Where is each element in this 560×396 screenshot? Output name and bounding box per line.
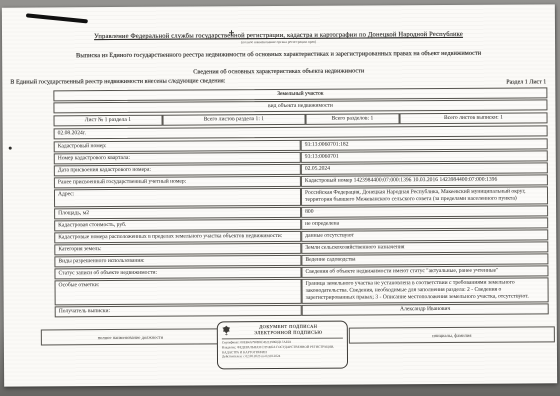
attributes-table: Кадастровый номер:93:13:0060701:182 Номе… [54, 137, 549, 318]
row-value: данные отсутствуют [301, 229, 548, 241]
signature-block: полное наименование должности инициалы, … [41, 326, 553, 343]
row-value: Сведения об объекте недвижимости имеют с… [301, 265, 548, 277]
row-label: Виды разрешенного использования: [54, 255, 301, 267]
row-value: Земли сельскохозяйственного назначения [301, 241, 548, 253]
intro-line: В Единый государственный реестр недвижим… [10, 77, 225, 85]
main-table-area: Земельный участок вид объекта недвижимос… [53, 86, 548, 318]
sheet-info-cell: Всего листов раздела 1: 1 [162, 114, 305, 126]
dot-scan-mark [9, 147, 12, 150]
object-type-table: Земельный участок вид объекта недвижимос… [53, 86, 547, 114]
row-label: Кадастровый номер: [54, 140, 301, 152]
row-value: Граница земельного участка не установлен… [302, 277, 549, 303]
row-label: Площадь, м2 [54, 207, 301, 219]
row-value: Кадастровый номер 1423984400:07:000:1396… [301, 174, 548, 186]
row-label: Статус записи об объекте недвижимости: [54, 267, 301, 279]
row-value: 93:13:0060701 [301, 150, 548, 162]
row-label: Дата присвоения кадастрового номера: [54, 164, 301, 176]
row-value: 93:13:0060701:182 [301, 138, 548, 150]
section-page-number: Раздел 1 Лист 1 [506, 79, 546, 85]
row-label: Адрес: [54, 188, 301, 207]
table-row: Получатель выписки:Александр Иванович [55, 303, 549, 317]
row-value: Российская Федерация, Донецкая Народная … [301, 186, 548, 205]
row-label: Категория земель: [54, 243, 301, 255]
row-label: Кадастровые номера расположенных в преде… [54, 231, 301, 243]
row-value: 02.05.2024 [301, 162, 548, 174]
name-label-cell: инициалы, фамилия [349, 326, 555, 343]
row-label: Номер кадастрового квартала: [54, 152, 301, 164]
row-value: Александр Иванович [302, 303, 549, 315]
row-value: 800 [301, 205, 548, 217]
row-label: Особые отметки: [55, 279, 302, 305]
sheet-info-cell: Всего разделов: 1 [305, 113, 399, 125]
row-value: Ведение садоводства [301, 253, 548, 265]
row-label: Кадастровая стоимость, руб. [54, 219, 301, 231]
pen-mark [26, 13, 88, 23]
position-label-cell: полное наименование должности [41, 328, 220, 345]
row-label: Ранее присвоенный государственный учетны… [54, 176, 301, 188]
row-label: Получатель выписки: [55, 305, 302, 317]
scanned-document-page: Управление Федеральной службы государств… [2, 4, 557, 386]
row-value: не определена [301, 217, 548, 229]
table-row: Особые отметки:Граница земельного участк… [55, 277, 549, 305]
document-title: Выписка из Единого государственного реес… [2, 49, 555, 59]
digital-signature-stamp: ДОКУМЕНТ ПОДПИСАН ЭЛЕКТРОННОЙ ПОДПИСЬЮ С… [217, 321, 348, 370]
stamp-title-line2: ЭЛЕКТРОННОЙ ПОДПИСЬЮ [234, 330, 343, 337]
stamp-validity: Действителен: с 02.08.2023 по 02.08.2024 [222, 354, 343, 360]
sheet-info-cell: Лист № 1 раздела 1 [54, 115, 163, 127]
table-row: Адрес:Российская Федерация, Донецкая Нар… [54, 186, 548, 207]
sheet-info-cell: Всего листов выписки: 1 [399, 112, 547, 124]
section-title: Сведения об основных характеристиках объ… [2, 66, 555, 76]
coat-of-arms-icon [222, 325, 231, 336]
